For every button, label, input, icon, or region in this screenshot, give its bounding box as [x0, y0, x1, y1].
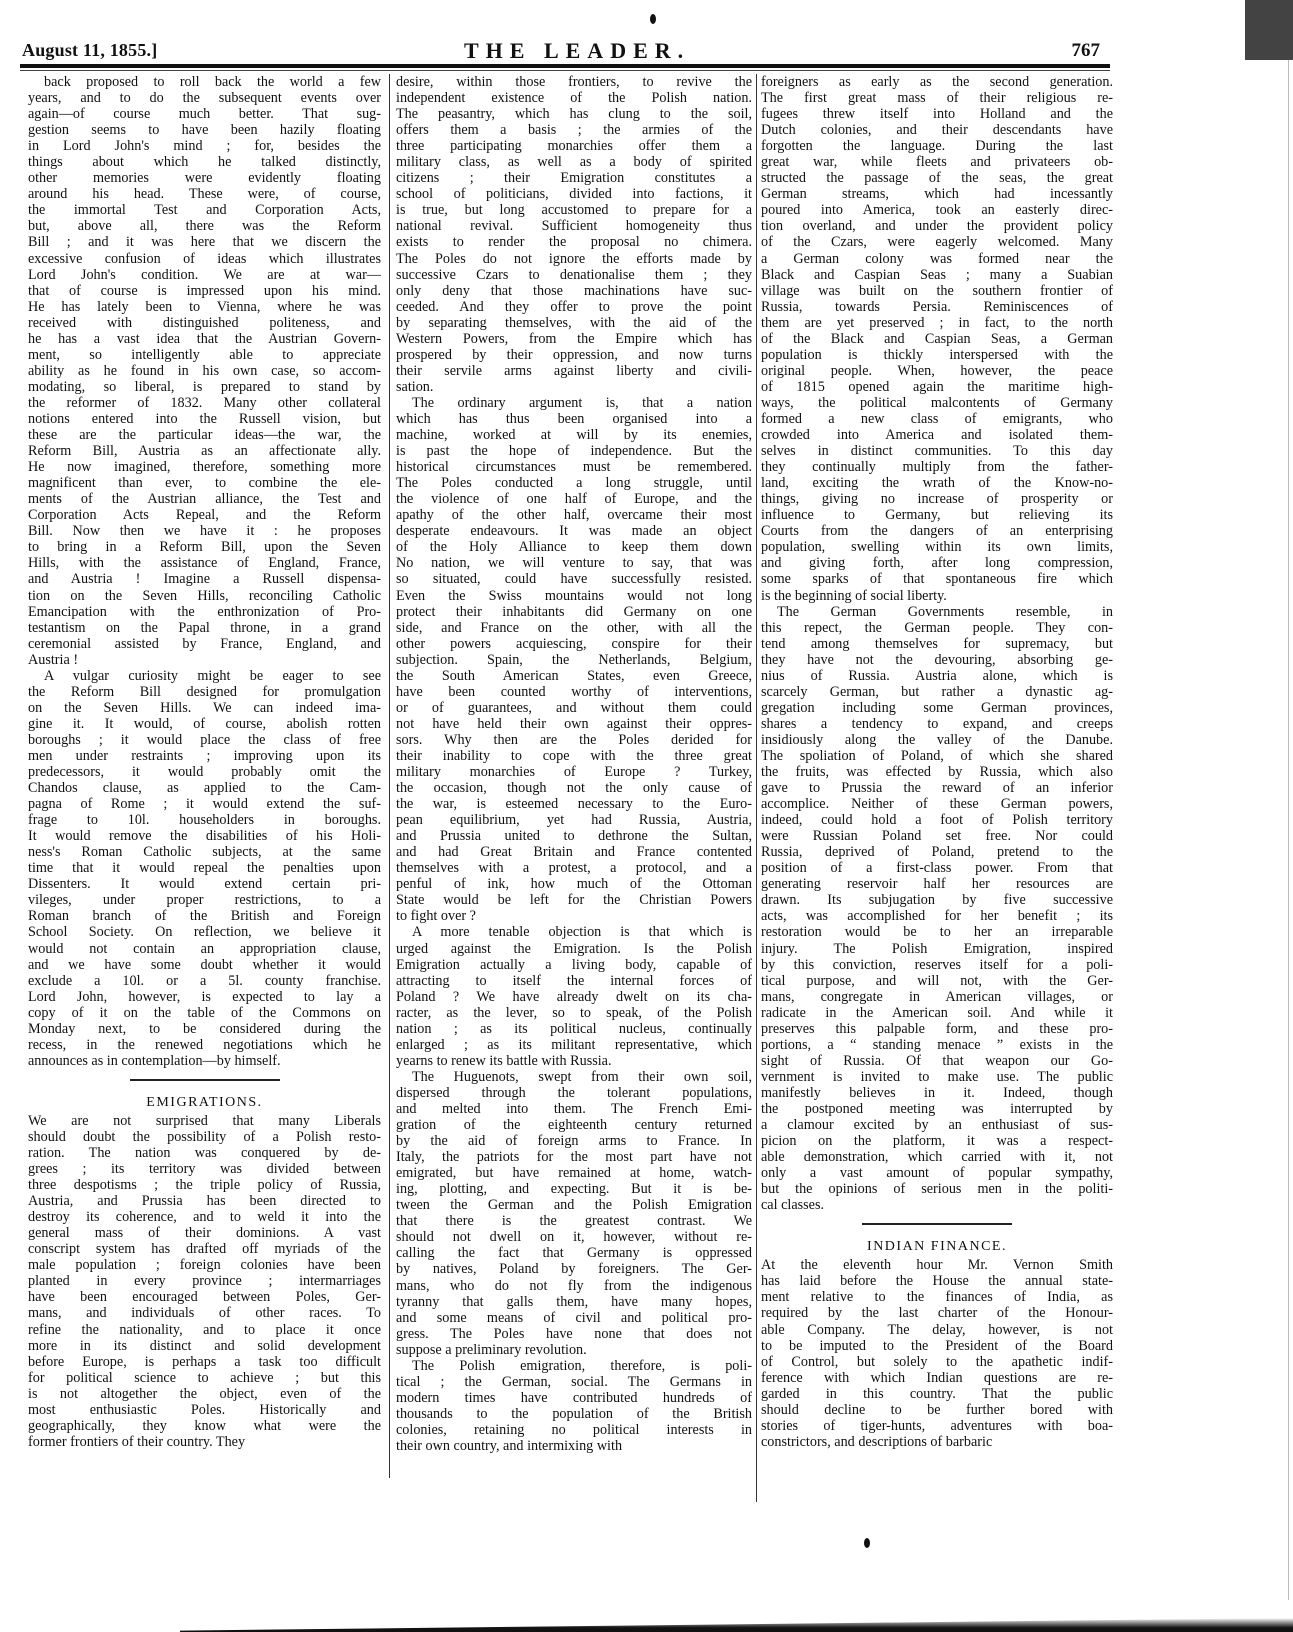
text-line: themselves with a protest, a protocol, a… [396, 860, 752, 876]
scan-artifact-corner [1245, 0, 1293, 60]
text-line: some sparks of that spontaneous fire whi… [761, 571, 1113, 587]
text-line: and had Great Britain and France content… [396, 844, 752, 860]
text-line: poured into America, took an easterly di… [761, 202, 1113, 218]
text-line: mans, congregate in American villages, o… [761, 989, 1113, 1005]
text-line: and melted into them. The French Emi- [396, 1101, 752, 1117]
text-line: He has lately been to Vienna, where he w… [28, 299, 381, 315]
text-line: were Russian Poland set free. Nor could [761, 828, 1113, 844]
text-line: general mass of their dominions. A vast [28, 1225, 381, 1241]
text-line: manifestly believes in it. Indeed, thoug… [761, 1085, 1113, 1101]
masthead-title: THE LEADER. [464, 38, 690, 64]
text-line: he has a vast idea that the Austrian Gov… [28, 331, 381, 347]
text-line: destroy its coherence, and to weld it in… [28, 1209, 381, 1225]
text-line: radicate in the American soil. And while… [761, 1005, 1113, 1021]
text-line: vernment is invited to make use. The pub… [761, 1069, 1113, 1085]
text-line: most enthusiastic Poles. Historically an… [28, 1402, 381, 1418]
text-line: successive Czars to denationalise them ;… [396, 267, 752, 283]
text-line: Courts from the dangers of an enterprisi… [761, 523, 1113, 539]
text-line: military monarchies of Europe ? Turkey, [396, 764, 752, 780]
paragraph: The German Governments resemble, inthis … [761, 604, 1113, 1214]
text-line: other powers acquiescing, conspire for t… [396, 636, 752, 652]
paragraph: The Polish emigration, therefore, is pol… [396, 1358, 752, 1454]
text-line: Lord John's condition. We are at war— [28, 267, 381, 283]
text-line: mans, who do not fly from the indigenous [396, 1278, 752, 1294]
text-line: the immortal Test and Corporation Acts, [28, 202, 381, 218]
text-line: Russia, deprived of Poland, pretend to t… [761, 844, 1113, 860]
text-line: insidiously along the valley of the Danu… [761, 732, 1113, 748]
text-line: Dissenters. It would extend certain pri- [28, 876, 381, 892]
text-line: a clamour excited by an enthusiast of su… [761, 1117, 1113, 1133]
text-line: pagna of Rome ; it would extend the suf- [28, 796, 381, 812]
text-line: back proposed to roll back the world a f… [28, 74, 381, 90]
text-line: notions entered into the Russell vision,… [28, 411, 381, 427]
text-line: desperate endeavours. It was made an obj… [396, 523, 752, 539]
paragraph: A vulgar curiosity might be eager to see… [28, 668, 381, 1069]
text-line: thousands to the population of the Briti… [396, 1406, 752, 1422]
text-line: ment, so intelligently able to appreciat… [28, 347, 381, 363]
section-heading: INDIAN FINANCE. [761, 1239, 1113, 1255]
header-rule [20, 64, 1110, 68]
text-line: tyranny that galls them, have many hopes… [396, 1294, 752, 1310]
text-line: restoration would be to her an irreparab… [761, 924, 1113, 940]
paragraph: A more tenable objection is that which i… [396, 924, 752, 1068]
text-line: yearns to renew its battle with Russia. [396, 1053, 752, 1069]
page-number: 767 [1072, 40, 1101, 62]
text-line: Austria ! [28, 652, 381, 668]
text-line: to bring in a Reform Bill, upon the Seve… [28, 539, 381, 555]
text-line: of the Czars, were eagerly welcomed. Man… [761, 234, 1113, 250]
text-line: but the opinions of serious men in the p… [761, 1181, 1113, 1197]
text-line: ing, plotting, and expecting. But it is … [396, 1181, 752, 1197]
text-line: tical purpose, and will not, with the Ge… [761, 973, 1113, 989]
text-line: the violence of one half of Europe, and … [396, 491, 752, 507]
column-divider [389, 74, 390, 1478]
section-rule [130, 1079, 280, 1081]
text-line: by natives, Poland by foreigners. The Ge… [396, 1261, 752, 1277]
text-line: is the beginning of social liberty. [761, 588, 1113, 604]
text-line: School Society. On reflection, we believ… [28, 924, 381, 940]
text-line: them are yet preserved ; in fact, to the… [761, 315, 1113, 331]
text-line: their own country, and intermixing with [396, 1438, 752, 1454]
text-line: historical circumstances must be remembe… [396, 459, 752, 475]
section-heading: EMIGRATIONS. [28, 1095, 381, 1111]
text-line: Corporation Acts Repeal, and the Reform [28, 507, 381, 523]
text-line: gave to Prussia the reward of an inferio… [761, 780, 1113, 796]
text-line: The ordinary argument is, that a nation [396, 395, 752, 411]
text-line: The first great mass of their religious … [761, 90, 1113, 106]
paragraph: The Huguenots, swept from their own soil… [396, 1069, 752, 1358]
text-line: sight of Russia. Of that weapon our Go- [761, 1053, 1113, 1069]
text-line: again—of course much better. That sug- [28, 106, 381, 122]
text-line: attracting to itself the internal forces… [396, 973, 752, 989]
text-line: preserves this palpable form, and these … [761, 1021, 1113, 1037]
text-line: Monday next, to be considered during the [28, 1021, 381, 1037]
text-line: suppose a preliminary revolution. [396, 1342, 752, 1358]
text-line: position of a first-class power. From th… [761, 860, 1113, 876]
text-line: tion on the Seven Hills, reconciling Cat… [28, 588, 381, 604]
text-line: national revival. Sufficient homogeneity… [396, 218, 752, 234]
text-line: in Lord John's mind ; for, besides the [28, 138, 381, 154]
text-line: calling the fact that Germany is oppress… [396, 1245, 752, 1261]
text-line: that there is the greatest contrast. We [396, 1213, 752, 1229]
text-line: tion overland, and under the provident p… [761, 218, 1113, 234]
text-line: magnificent than ever, to combine the el… [28, 475, 381, 491]
text-line: of the Black and Caspian Seas, a German [761, 331, 1113, 347]
text-line: side, and France on the other, with all … [396, 620, 752, 636]
text-line: before Europe, is perhaps a task too dif… [28, 1354, 381, 1370]
text-line: pean equilibrium, yet had Russia, Austri… [396, 812, 752, 828]
text-line: gine it. It would, of course, abolish ro… [28, 716, 381, 732]
text-line: crowded into America and isolated them- [761, 427, 1113, 443]
text-line: years, and to do the subsequent events o… [28, 90, 381, 106]
text-line: men under restraints ; improving upon it… [28, 748, 381, 764]
text-line: modern times have contributed hundreds o… [396, 1390, 752, 1406]
text-line: At the eleventh hour Mr. Vernon Smith [761, 1257, 1113, 1273]
text-line: drawn. Its subjugation by five successiv… [761, 892, 1113, 908]
text-line: accomplice. Neither of these German powe… [761, 796, 1113, 812]
text-line: exclude a 10l. or a 5l. county franchise… [28, 973, 381, 989]
text-line: boroughs ; it would place the class of f… [28, 732, 381, 748]
text-line: that of course is impressed upon his min… [28, 283, 381, 299]
text-line: the reformer of 1832. Many other collate… [28, 395, 381, 411]
text-line: to fight over ? [396, 908, 752, 924]
text-line: subjection. Spain, the Netherlands, Belg… [396, 652, 752, 668]
text-line: school of politicians, divided into fact… [396, 186, 752, 202]
text-line: great war, while fleets and privateers o… [761, 154, 1113, 170]
text-line: population, swelling within its own limi… [761, 539, 1113, 555]
text-line: and Austria ! Imagine a Russell dispensa… [28, 571, 381, 587]
text-line: Emigration actually a living body, capab… [396, 957, 752, 973]
text-line: ways, the political malcontents of Germa… [761, 395, 1113, 411]
text-line: It would remove the disabilities of his … [28, 828, 381, 844]
paragraph: The ordinary argument is, that a nationw… [396, 395, 752, 925]
text-line: Poland ? We have already dwelt on its ch… [396, 989, 752, 1005]
text-line: ments of the Austrian alliance, the Test… [28, 491, 381, 507]
text-line: village was built on the southern fronti… [761, 283, 1113, 299]
text-line: garded in this country. That the public [761, 1386, 1113, 1402]
text-line: urged against the Emigration. Is the Pol… [396, 941, 752, 957]
text-line: ceremonial assisted by France, England, … [28, 636, 381, 652]
paragraph: desire, within those frontiers, to reviv… [396, 74, 752, 395]
text-line: their servile arms against liberty and c… [396, 363, 752, 379]
text-line: by the aid of foreign arms to France. In [396, 1133, 752, 1149]
text-line: testantism on the Papal throne, in a gra… [28, 620, 381, 636]
text-line: Lord John, however, is expected to lay a [28, 989, 381, 1005]
column-divider [756, 74, 757, 1502]
text-line: colonies, retaining no political interes… [396, 1422, 752, 1438]
text-line: ference with which Indian questions are … [761, 1370, 1113, 1386]
text-line: announces as in contemplation—by himself… [28, 1053, 381, 1069]
text-line: the occasion, though not the only cause … [396, 780, 752, 796]
text-line: they continually multiply from the fathe… [761, 459, 1113, 475]
text-line: Black and Caspian Seas ; many a Suabian [761, 267, 1113, 283]
text-line: Chandos clause, as applied to the Cam- [28, 780, 381, 796]
text-line: original people. When, however, the peac… [761, 363, 1113, 379]
text-line: nius of Russia. Austria alone, which is [761, 668, 1113, 684]
text-line: on the Seven Hills. We can indeed ima- [28, 700, 381, 716]
text-line: these are the particular ideas—the war, … [28, 427, 381, 443]
text-line: grees ; its territory was divided betwee… [28, 1161, 381, 1177]
text-line: is past the hope of independence. But th… [396, 443, 752, 459]
text-line: tend among themselves for supremacy, but [761, 636, 1113, 652]
text-line: ability as he found in his own case, so … [28, 363, 381, 379]
text-line: A vulgar curiosity might be eager to see [28, 668, 381, 684]
text-line: Even the Swiss mountains would not long [396, 588, 752, 604]
text-line: things, giving no increase of prosperity… [761, 491, 1113, 507]
header-rule-thin [20, 70, 1110, 71]
text-line: citizens ; their Emigration constitutes … [396, 170, 752, 186]
text-line: to be imputed to the President of the Bo… [761, 1338, 1113, 1354]
text-line: geographically, they know what were the [28, 1418, 381, 1434]
column-1: back proposed to roll back the world a f… [28, 74, 381, 1450]
text-line: The Polish emigration, therefore, is pol… [396, 1358, 752, 1374]
text-line: formed a new class of emigrants, who [761, 411, 1113, 427]
text-line: recess, in the renewed negotiations whic… [28, 1037, 381, 1053]
text-line: Bill. Now then we have it : he proposes [28, 523, 381, 539]
scan-artifact-dot [650, 14, 656, 24]
text-line: gress. The Poles have none that does not [396, 1326, 752, 1342]
text-line: selves in distinct communities. To this … [761, 443, 1113, 459]
text-line: shares a tendency to expand, and creeps [761, 716, 1113, 732]
text-line: stories of tiger-hunts, adventures with … [761, 1418, 1113, 1434]
text-line: should decline to be further bored with [761, 1402, 1113, 1418]
section-rule [862, 1223, 1012, 1225]
text-line: and we have some doubt whether it would [28, 957, 381, 973]
text-line: tical ; the German, social. The Germans … [396, 1374, 752, 1390]
text-line: influence to Germany, but relieving its [761, 507, 1113, 523]
page-edge [1288, 60, 1289, 1600]
text-line: Russia, towards Persia. Reminiscences of [761, 299, 1113, 315]
text-line: racter, as the lever, so to speak, of th… [396, 1005, 752, 1021]
text-line: or of guarantees, and without them could [396, 700, 752, 716]
text-line: Austria, and Prussia has been directed t… [28, 1193, 381, 1209]
text-line: gestion seems to have been hazily floati… [28, 122, 381, 138]
text-line: prospered by their oppression, and now t… [396, 347, 752, 363]
text-line: military class, as well as a body of spi… [396, 154, 752, 170]
text-line: received with distinguished politeness, … [28, 315, 381, 331]
text-line: The Poles conducted a long struggle, unt… [396, 475, 752, 491]
text-line: mans, and individuals of other races. To [28, 1305, 381, 1321]
text-line: sors. Why then are the Poles derided for [396, 732, 752, 748]
text-line: would not contain an appropriation claus… [28, 941, 381, 957]
text-line: enlarged ; as its militant representativ… [396, 1037, 752, 1053]
text-line: conscript system has drafted off myriads… [28, 1241, 381, 1257]
text-line: but, above all, there was the Reform [28, 218, 381, 234]
text-line: the South American States, even Greece, [396, 668, 752, 684]
text-line: the war, is esteemed necessary to the Eu… [396, 796, 752, 812]
text-line: Western Powers, from the Empire which ha… [396, 331, 752, 347]
text-line: have been encouraged between Poles, Ger- [28, 1289, 381, 1305]
text-line: emigrated, but have remained at home, wa… [396, 1165, 752, 1181]
paragraph: back proposed to roll back the world a f… [28, 74, 381, 668]
text-line: population is thickly interspersed with … [761, 347, 1113, 363]
text-line: indeed, could hold a foot of Polish terr… [761, 812, 1113, 828]
text-line: male population ; foreign colonies have … [28, 1257, 381, 1273]
text-line: this repect, the German people. They con… [761, 620, 1113, 636]
text-line: their inability to cope with the three g… [396, 748, 752, 764]
text-line: sation. [396, 379, 752, 395]
text-line: desire, within those frontiers, to reviv… [396, 74, 752, 90]
text-line: only deny that those machinations have s… [396, 283, 752, 299]
text-line: three despotisms ; the triple policy of … [28, 1177, 381, 1193]
text-line: Dutch colonies, and their descendants ha… [761, 122, 1113, 138]
text-line: gregation including some German province… [761, 700, 1113, 716]
text-line: ration. The nation was conquered by de- [28, 1145, 381, 1161]
text-line: and Prussia united to dethrone the Sulta… [396, 828, 752, 844]
text-line: portions, a “ standing menace ” exists i… [761, 1037, 1113, 1053]
text-line: land, exciting the wrath of the Know-no- [761, 475, 1113, 491]
text-line: only a vast amount of popular sympathy, [761, 1165, 1113, 1181]
text-line: forgotten the language. During the last [761, 138, 1113, 154]
text-line: should doubt the possibility of a Polish… [28, 1129, 381, 1145]
text-line: protect their inhabitants did Germany on… [396, 604, 752, 620]
text-line: the fruits, was effected by Russia, whic… [761, 764, 1113, 780]
text-line: former frontiers of their country. They [28, 1434, 381, 1450]
text-line: able Company. The delay, however, is not [761, 1322, 1113, 1338]
text-line: apathy of the other half, overcame their… [396, 507, 752, 523]
text-line: which has thus been organised into a [396, 411, 752, 427]
text-line: the Reform Bill designed for promulgatio… [28, 684, 381, 700]
text-line: able demonstration, which carried with i… [761, 1149, 1113, 1165]
text-line: of Control, but solely to the apathetic … [761, 1354, 1113, 1370]
newspaper-page: August 11, 1855.] THE LEADER. 767 back p… [0, 0, 1293, 1632]
text-line: three participating monarchies offer the… [396, 138, 752, 154]
text-line: modating, so liberal, is prepared to sta… [28, 379, 381, 395]
text-line: gration of the eighteenth century return… [396, 1117, 752, 1133]
text-line: The peasantry, which has clung to the so… [396, 106, 752, 122]
text-line: Emancipation with the enthronization of … [28, 604, 381, 620]
text-line: machine, worked at will by its enemies, [396, 427, 752, 443]
text-line: excessive confusion of ideas which illus… [28, 251, 381, 267]
text-line: A more tenable objection is that which i… [396, 924, 752, 940]
text-line: scarcely German, but rather a dynastic a… [761, 684, 1113, 700]
text-line: No nation, we will venture to say, that … [396, 555, 752, 571]
text-line: have been counted worthy of intervention… [396, 684, 752, 700]
paragraph: foreigners as early as the second genera… [761, 74, 1113, 604]
text-line: they have not the devouring, absorbing g… [761, 652, 1113, 668]
text-line: cal classes. [761, 1197, 1113, 1213]
text-line: has laid before the House the annual sta… [761, 1273, 1113, 1289]
text-line: Bill ; and it was here that we discern t… [28, 234, 381, 250]
text-line: The Huguenots, swept from their own soil… [396, 1069, 752, 1085]
text-line: The spoliation of Poland, of which she s… [761, 748, 1113, 764]
text-line: for political science to achieve ; but t… [28, 1370, 381, 1386]
text-line: Reform Bill, Austria as an affectionate … [28, 443, 381, 459]
paragraph: At the eleventh hour Mr. Vernon Smithhas… [761, 1257, 1113, 1450]
text-line: around his head. These were, of course, [28, 186, 381, 202]
issue-date: August 11, 1855.] [22, 40, 157, 61]
text-line: ness's Roman Catholic subjects, at the s… [28, 844, 381, 860]
text-line: and some means of civil and political pr… [396, 1310, 752, 1326]
text-line: independent existence of the Polish nati… [396, 90, 752, 106]
text-line: refine the nationality, and to place it … [28, 1322, 381, 1338]
scan-artifact-bottom-edge [180, 1618, 1293, 1632]
text-line: tween the German and the Polish Emigrati… [396, 1197, 752, 1213]
text-line: ment relative to the finances of India, … [761, 1289, 1113, 1305]
text-line: copy of it on the table of the Commons o… [28, 1005, 381, 1021]
text-line: by this conviction, reserves itself for … [761, 957, 1113, 973]
text-line: of the Holy Alliance to keep them down [396, 539, 752, 555]
paragraph: We are not surprised that many Liberalss… [28, 1113, 381, 1450]
text-line: fugees threw itself into Holland and the [761, 106, 1113, 122]
text-line: He now imagined, therefore, something mo… [28, 459, 381, 475]
column-3: foreigners as early as the second genera… [761, 74, 1113, 1450]
text-line: We are not surprised that many Liberals [28, 1113, 381, 1129]
page-header: August 11, 1855.] THE LEADER. 767 [20, 30, 1110, 66]
text-line: penful of ink, how much of the Ottoman [396, 876, 752, 892]
text-line: exists to render the proposal no chimera… [396, 234, 752, 250]
text-line: Italy, the patriots for the most part ha… [396, 1149, 752, 1165]
text-line: The Poles do not ignore the efforts made… [396, 251, 752, 267]
text-line: is not altogether the object, even of th… [28, 1386, 381, 1402]
text-line: nation ; as its political nucleus, conti… [396, 1021, 752, 1037]
scan-artifact-dot [864, 1538, 870, 1548]
text-line: structed the passage of the seas, the gr… [761, 170, 1113, 186]
text-line: dispersed through the tolerant populatio… [396, 1085, 752, 1101]
text-line: the postponed meeting was interrupted by [761, 1101, 1113, 1117]
text-line: acts, was accomplished for her benefit ;… [761, 908, 1113, 924]
text-line: more in its distinct and solid developme… [28, 1338, 381, 1354]
text-line: planted in every province ; intermarriag… [28, 1273, 381, 1289]
text-line: State would be left for the Christian Po… [396, 892, 752, 908]
text-line: should not dwell on it, however, without… [396, 1229, 752, 1245]
text-line: ceeded. And they offer to prove the poin… [396, 299, 752, 315]
text-line: is true, but long accustomed to prepare … [396, 202, 752, 218]
text-line: by separating themselves, with the aid o… [396, 315, 752, 331]
text-line: time that it would repeal the penalties … [28, 860, 381, 876]
text-line: vileges, under proper restrictions, to a [28, 892, 381, 908]
text-line: injury. The Polish Emigration, inspired [761, 941, 1113, 957]
text-line: Hills, with the assistance of England, F… [28, 555, 381, 571]
text-line: of 1815 opened again the maritime high- [761, 379, 1113, 395]
text-line: not have held their own against their op… [396, 716, 752, 732]
text-line: The German Governments resemble, in [761, 604, 1113, 620]
text-line: other memories were evidently floating [28, 170, 381, 186]
text-line: offers them a basis ; the armies of the [396, 122, 752, 138]
text-line: predecessors, it would probably omit the [28, 764, 381, 780]
text-line: German streams, which had incessantly [761, 186, 1113, 202]
text-line: foreigners as early as the second genera… [761, 74, 1113, 90]
text-line: things about which he talked distinctly, [28, 154, 381, 170]
text-line: so situated, could have successfully res… [396, 571, 752, 587]
text-line: frage to 10l. householders in boroughs. [28, 812, 381, 828]
text-line: generating reservoir half her resources … [761, 876, 1113, 892]
column-2: desire, within those frontiers, to reviv… [396, 74, 752, 1454]
text-line: constrictors, and descriptions of barbar… [761, 1434, 1113, 1450]
text-line: a German colony was formed near the [761, 251, 1113, 267]
text-line: and giving forth, after long compression… [761, 555, 1113, 571]
text-line: picion on the platform, it was a respect… [761, 1133, 1113, 1149]
text-line: Roman branch of the British and Foreign [28, 908, 381, 924]
text-line: required by the last charter of the Hono… [761, 1305, 1113, 1321]
